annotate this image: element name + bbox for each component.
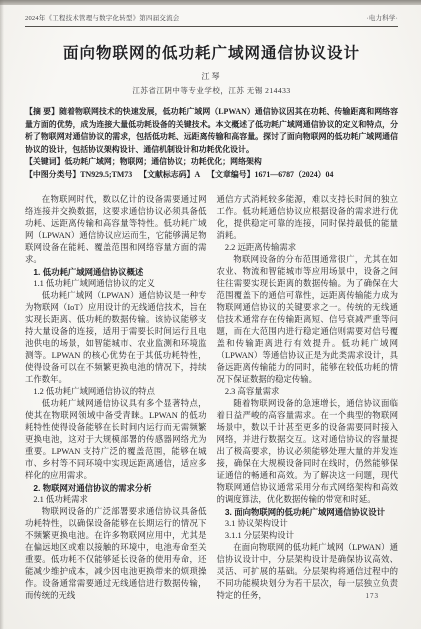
abstract-text: 随着物联网技术的快速发展，低功耗广域网（LPWAN）通信协议因其在功耗、传输距离… — [25, 107, 398, 154]
body-paragraph: 物联网设备的分布范围通常很广，尤其在如农业、物流和智能城市等应用场景中，设备之间… — [217, 254, 399, 386]
author-name: 江琴 — [25, 71, 398, 82]
author-affiliation: 江苏省江阴中等专业学校，江苏 无锡 214433 — [25, 85, 398, 96]
article-no-label: 【文章编号】 — [207, 170, 254, 179]
keywords-line: 【关键词】低功耗广域网；物联网；通信协议；功耗优化；网络架构 — [25, 156, 398, 169]
meta-block: 【摘 要】随着物联网技术的快速发展，低功耗广域网（LPWAN）通信协议因其在功耗… — [25, 106, 398, 182]
abstract-paragraph: 【摘 要】随着物联网技术的快速发展，低功耗广域网（LPWAN）通信协议因其在功耗… — [25, 106, 398, 156]
clc-label: 【中图分类号】 — [25, 170, 80, 179]
subsection-heading-2-3: 2.3 高容量需求 — [217, 386, 399, 398]
scan-edge-top — [0, 0, 421, 5]
body-paragraph: 低功耗广域网（LPWAN）通信协议是一种专为物联网（IoT）应用设计的无线通信技… — [25, 290, 207, 386]
paper-title: 面向物联网的低功耗广域网通信协议设计 — [25, 41, 398, 63]
scan-edge-left — [0, 0, 4, 629]
section-heading-1: 1. 低功耗广域网通信协议概述 — [25, 266, 207, 278]
two-column-body: 在物联网时代，数以亿计的设备需要通过网络连接并交换数据，这要求通信协议必须具备低… — [25, 194, 398, 602]
body-paragraph: 在物联网时代，数以亿计的设备需要通过网络连接并交换数据，这要求通信协议必须具备低… — [25, 194, 207, 266]
body-paragraph: 低功耗广域网通信协议具有多个显著特点，使其在物联网领域中备受青睐。LPWAN 的… — [25, 398, 207, 482]
abstract-label: 【摘 要】 — [25, 107, 59, 116]
subsection-heading-1-1: 1.1 低功耗广域网通信协议的定义 — [25, 278, 207, 290]
subsection-heading-3-1-1: 3.1.1 分层架构设计 — [217, 530, 399, 542]
body-paragraph: 随着物联网设备的急速增长，通信协议面临着日益严峻的高容量需求。在一个典型的物联网… — [217, 398, 399, 506]
keywords-text: 低功耗广域网；物联网；通信协议；功耗优化；网络架构 — [64, 157, 261, 166]
classification-line: 【中图分类号】TN929.5;TM73【文献标志码】A【文章编号】1671—67… — [25, 169, 398, 182]
subsection-heading-2-2: 2.2 远距离传输需求 — [217, 242, 399, 254]
scanned-paper-page: 2024年《工程技术管理与数字化转型》第四届交流会 ·电力科学· 面向物联网的低… — [0, 0, 421, 629]
section-heading-2: 2. 物联网对通信协议的需求分析 — [25, 482, 207, 494]
doc-code-label: 【文献标志码】 — [139, 170, 194, 179]
header-section-text: ·电力科学· — [366, 13, 398, 22]
left-column: 在物联网时代，数以亿计的设备需要通过网络连接并交换数据，这要求通信协议必须具备低… — [25, 194, 207, 602]
right-column: 通信方式消耗较多能源，难以支持长时间的独立工作。低功耗通信协议应根据设备的需求进… — [217, 194, 399, 602]
keywords-label: 【关键词】 — [25, 157, 64, 166]
header-conference-text: 2024年《工程技术管理与数字化转型》第四届交流会 — [25, 13, 180, 22]
subsection-heading-3-1: 3.1 协议架构设计 — [217, 518, 399, 530]
clc-value: TN929.5;TM73 — [80, 170, 132, 179]
body-paragraph-continuation: 通信方式消耗较多能源，难以支持长时间的独立工作。低功耗通信协议应根据设备的需求进… — [217, 194, 399, 242]
section-heading-3: 3. 面向物联网的低功耗广域网通信协议设计 — [217, 506, 399, 518]
subsection-heading-1-2: 1.2 低功耗广域网通信协议的特点 — [25, 386, 207, 398]
body-paragraph: 物联网设备的广泛部署要求通信协议具备低功耗特性，以确保设备能够在长期运行的情况下… — [25, 506, 207, 602]
article-no-value: 1671—6787（2024）04 — [255, 170, 334, 179]
page-content: 2024年《工程技术管理与数字化转型》第四届交流会 ·电力科学· 面向物联网的低… — [25, 0, 398, 602]
doc-code-value: A — [194, 170, 200, 179]
page-number: 173 — [366, 592, 380, 600]
subsection-heading-2-1: 2.1 低功耗需求 — [25, 494, 207, 506]
